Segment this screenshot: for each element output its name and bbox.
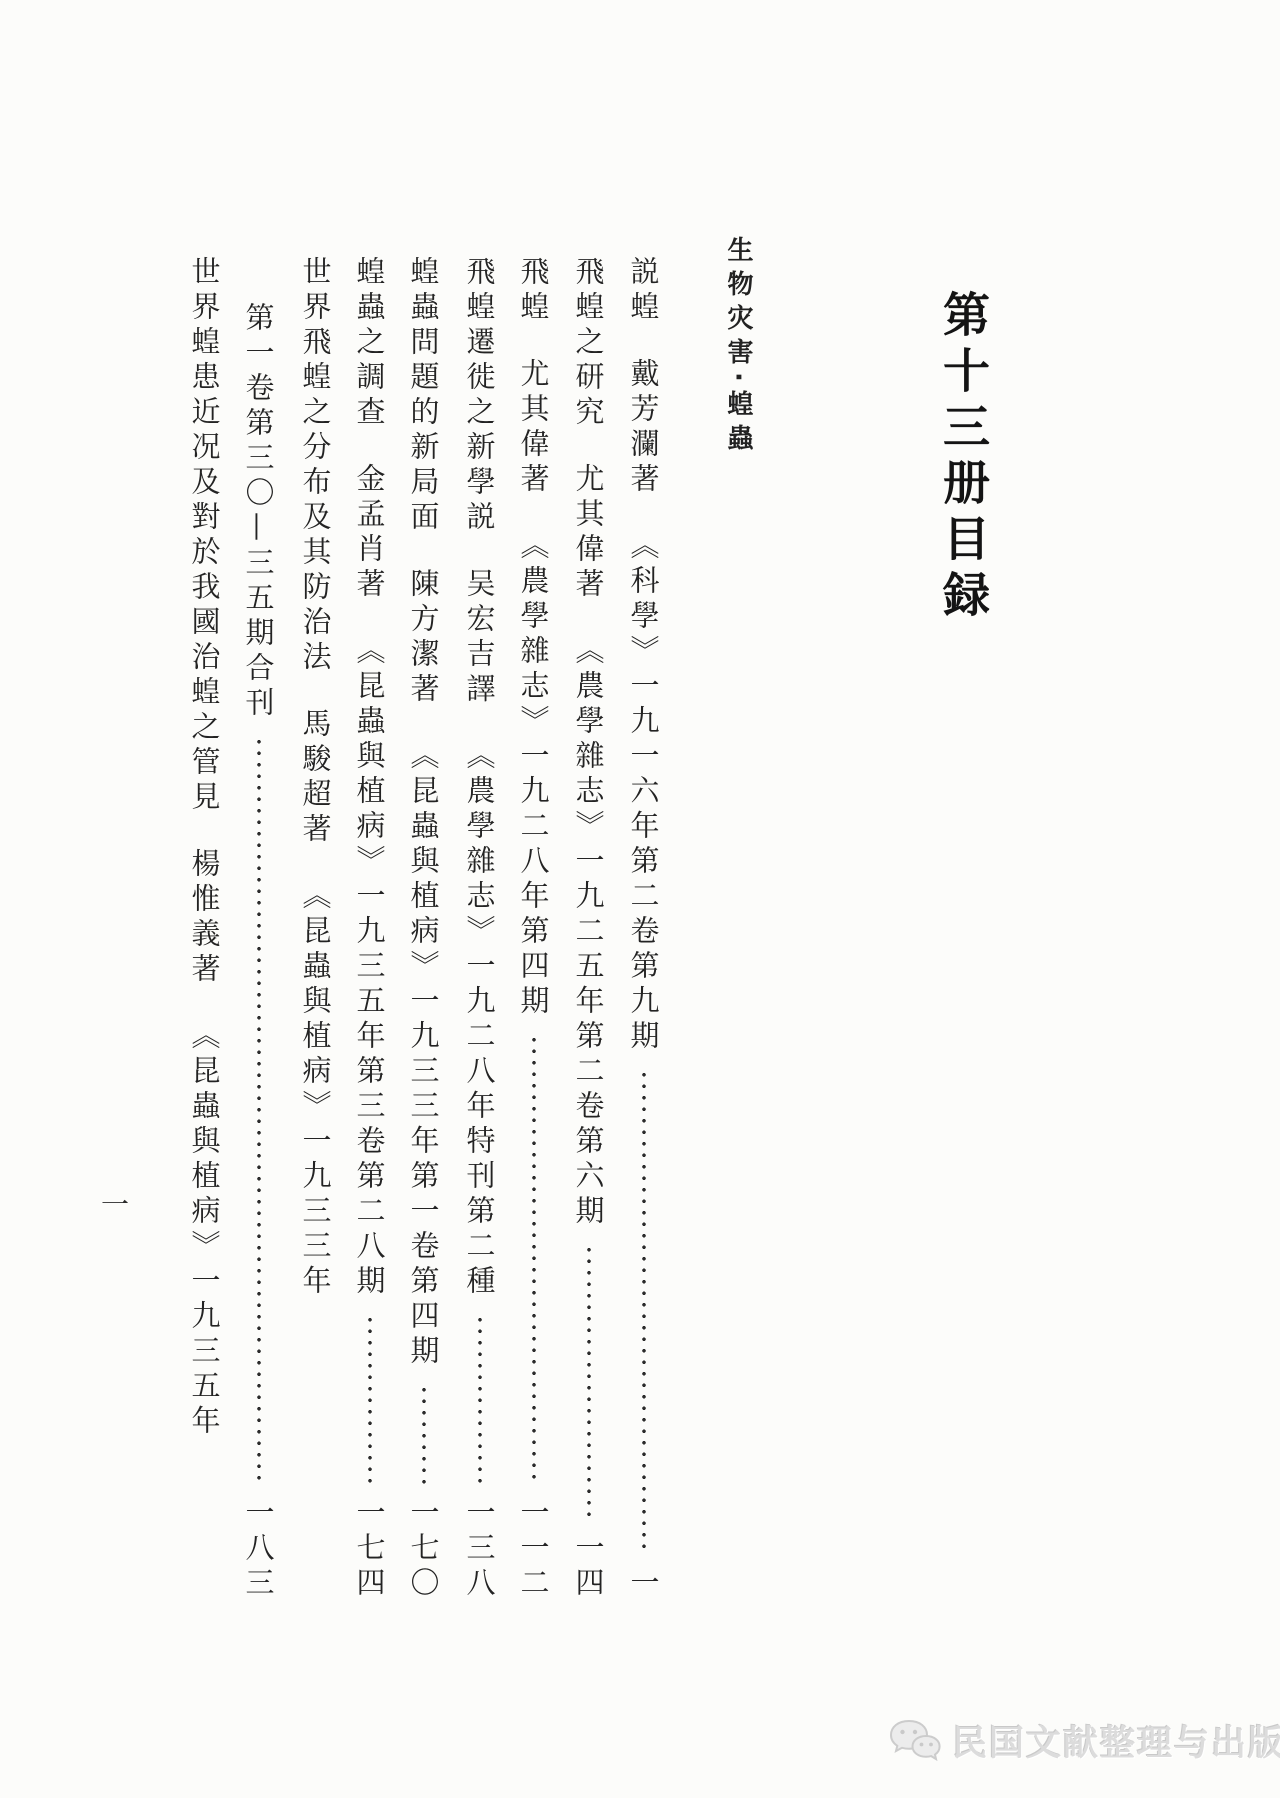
toc-entry-column: 飛蝗遷徙之新學説 吴宏吉譯 《農學雜志》一九二八年特刊第二種 一三八 — [462, 256, 498, 1602]
toc-entry-column: 蝗蟲問題的新局面 陳方潔著 《昆蟲與植病》一九三三年第一卷第四期 一七〇 — [406, 256, 442, 1602]
toc-entry-column: 飛蝗之研究 尤其偉著 《農學雜志》一九二五年第二卷第六期 一四 — [571, 256, 607, 1602]
entry-source: 《農學雜志》一九二八年特刊第二種 — [460, 740, 501, 1300]
entry-title: 世界飛蝗之分布及其防治法 — [296, 256, 337, 676]
entry-title: 説蝗 — [624, 256, 665, 326]
entry-page-number: 一一二 — [514, 1497, 555, 1602]
entry-author: 馬駿超著 — [296, 708, 337, 848]
dot-leader — [532, 1034, 536, 1485]
toc-entry-column: 蝗蟲之調查 金孟肖著 《昆蟲與植病》一九三五年第三卷第二八期 一七四 — [352, 256, 388, 1602]
entry-page-number: 一七〇 — [404, 1497, 445, 1602]
entry-page-number: 一七四 — [350, 1497, 391, 1602]
entry-title: 飛蝗遷徙之新學説 — [460, 256, 501, 536]
dot-leader — [587, 1244, 591, 1520]
entry-title: 飛蝗 — [514, 256, 555, 326]
entry-title: 世界蝗患近况及對於我國治蝗之管見 — [185, 256, 226, 816]
chat-bubbles-logo-icon — [888, 1718, 942, 1764]
folio-page-number: 一 — [101, 1183, 129, 1223]
entry-source: 《昆蟲與植病》一九三三年 — [296, 880, 337, 1300]
dot-leader — [422, 1384, 426, 1485]
toc-entry-column: 世界飛蝗之分布及其防治法 馬駿超著 《昆蟲與植病》一九三三年 — [298, 256, 334, 1602]
entry-title: 蝗蟲問題的新局面 — [404, 256, 445, 536]
publisher-watermark: 民国文献整理与出版 — [888, 1716, 1280, 1766]
watermark-text: 民国文献整理与出版 — [952, 1716, 1280, 1766]
entry-title: 蝗蟲之調查 — [350, 256, 391, 431]
section-header: 生物灾害·蝗蟲 — [721, 236, 757, 458]
entry-author: 楊惟義著 — [185, 848, 226, 988]
entry-page-number: 一四 — [569, 1532, 610, 1602]
entry-source: 《農學雜志》一九二五年第二卷第六期 — [569, 635, 610, 1230]
entry-author: 陳方潔著 — [404, 568, 445, 708]
entry-page-number: 一 — [624, 1567, 665, 1602]
entry-source: 《昆蟲與植病》一九三三年第一卷第四期 — [404, 740, 445, 1370]
entry-author: 戴芳瀾著 — [624, 358, 665, 498]
entry-title: 飛蝗之研究 — [569, 256, 610, 431]
entry-source: 《昆蟲與植病》一九三五年第三卷第二八期 — [350, 635, 391, 1300]
toc-entry-column: 世界蝗患近况及對於我國治蝗之管見 楊惟義著 《昆蟲與植病》一九三五年 — [187, 256, 223, 1602]
entry-source: 《昆蟲與植病》一九三五年 — [185, 1020, 226, 1440]
toc-entry-continuation-column: 第一卷第三〇—三五期合刊 一八三 — [241, 256, 277, 1602]
entry-page-number: 一八三 — [239, 1497, 280, 1602]
entry-source: 《農學雜志》一九二八年第四期 — [514, 530, 555, 1020]
entry-author: 金孟肖著 — [350, 463, 391, 603]
entry-author: 吴宏吉譯 — [460, 568, 501, 708]
dot-leader — [478, 1314, 482, 1485]
scanned-book-page: 第十三册目録 生物灾害·蝗蟲 説蝗 戴芳瀾著 《科學》一九一六年第二卷第九期 一… — [0, 0, 1280, 1798]
toc-entry-column: 説蝗 戴芳瀾著 《科學》一九一六年第二卷第九期 一 — [626, 256, 662, 1602]
entry-page-number: 一三八 — [460, 1497, 501, 1602]
toc-entry-column: 飛蝗 尤其偉著 《農學雜志》一九二八年第四期 一一二 — [516, 256, 552, 1602]
entry-author: 尤其偉著 — [569, 463, 610, 603]
dot-leader — [368, 1314, 372, 1485]
entry-source-continuation: 第一卷第三〇—三五期合刊 — [239, 302, 280, 722]
volume-title: 第十三册目録 — [934, 290, 996, 626]
entry-author: 尤其偉著 — [514, 358, 555, 498]
dot-leader — [642, 1069, 646, 1555]
entry-source: 《科學》一九一六年第二卷第九期 — [624, 530, 665, 1055]
dot-leader — [257, 736, 261, 1485]
